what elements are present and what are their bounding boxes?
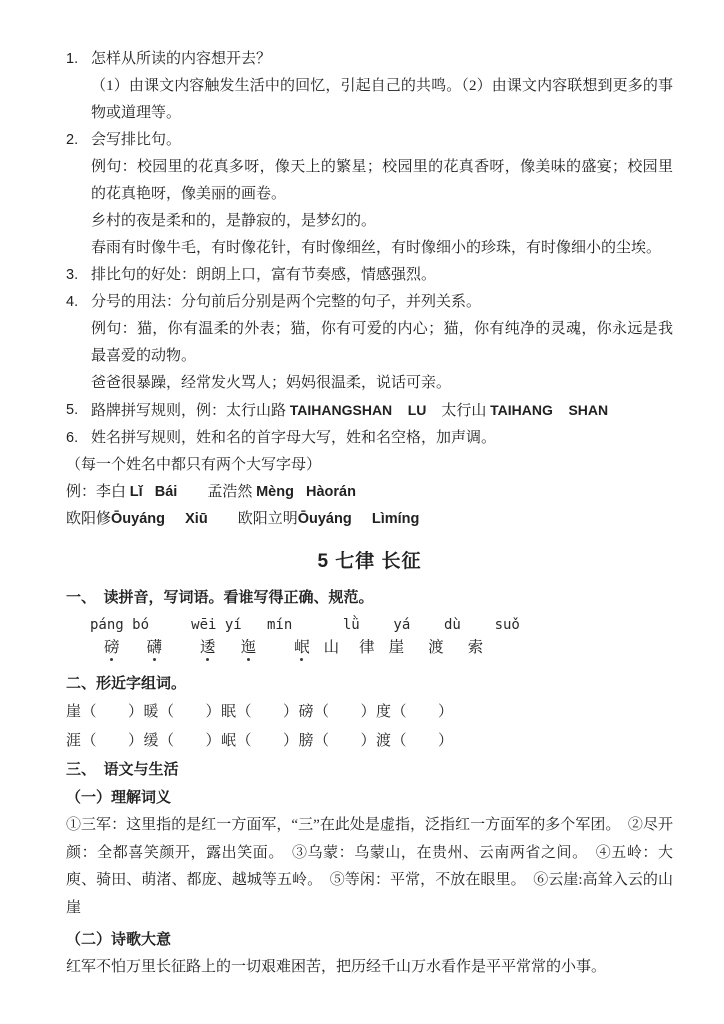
list-item-body-line: （1）由课文内容触发生活中的回忆，引起自己的共鸣。（2）由课文内容联想到更多的事… — [91, 73, 673, 127]
fill-blank-row: 崖（ ）暖（ ）眠（ ）磅（ ）度（ ） — [66, 698, 673, 727]
list-item-body-line: 春雨有时像牛毛，有时像花针，有时像细丝，有时像细小的珍珠，有时像细小的尘埃。 — [91, 235, 673, 262]
vocabulary-characters-row: 磅礴逶迤岷山律崖渡索 — [66, 638, 673, 668]
section-heading-1: 一、 读拼音，写词语。看谁写得正确、规范。 — [66, 584, 673, 612]
emphasis-dot — [206, 658, 209, 661]
list-item: 5. 路牌拼写规则，例：太行山路 TAIHANGSHAN LU 太行山 TAIH… — [66, 397, 673, 425]
list-item-body-line: 例句：校园里的花真多呀，像天上的繁星；校园里的花真香呀，像美味的盛宴；校园里的花… — [91, 154, 673, 208]
vocab-character: 山 — [324, 638, 340, 661]
vocab-character-dotted: 逶 — [200, 638, 216, 661]
list-item-number: 3. — [66, 262, 78, 289]
list-item-title: 路牌拼写规则，例：太行山路 TAIHANGSHAN LU 太行山 TAIHANG… — [91, 397, 673, 425]
vocab-character: 渡 — [428, 638, 444, 661]
list-item-number: 1. — [66, 46, 78, 73]
emphasis-dot — [247, 658, 250, 661]
review-notes-list: 1. 怎样从所读的内容想开去？ （1）由课文内容触发生活中的回忆，引起自己的共鸣… — [66, 46, 673, 452]
vocab-character-dotted: 迤 — [241, 638, 257, 661]
lesson-title: 5 七律 长征 — [66, 546, 673, 573]
name-example-cjk: 欧阳立明 — [208, 511, 298, 527]
name-example-row: 例：李白 Lǐ Bái 孟浩然 Mèng Hàorán — [66, 479, 673, 506]
list-item-number: 4. — [66, 289, 78, 316]
fill-blank-row: 涯（ ）缓（ ）岷（ ）膀（ ）渡（ ） — [66, 727, 673, 756]
list-item-title: 会写排比句。 — [91, 127, 673, 154]
section-heading-2: 二、形近字组词。 — [66, 670, 673, 698]
vocab-character-dotted: 磅 — [104, 638, 120, 661]
road-sign-pinyin: TAIHANGSHAN LU — [290, 402, 427, 418]
list-item-title: 排比句的好处：朗朗上口，富有节奏感，情感强烈。 — [91, 262, 673, 289]
vocab-character-dotted: 岷 — [294, 638, 310, 661]
name-example-cjk: 例：李白 — [66, 484, 130, 500]
section-heading-3: 三、 语文与生活 — [66, 756, 673, 784]
list-item-number: 5. — [66, 397, 78, 424]
list-item: 2. 会写排比句。 例句：校园里的花真多呀，像天上的繁星；校园里的花真香呀，像美… — [66, 127, 673, 262]
vocab-character-dotted: 礴 — [147, 638, 163, 661]
list-item-body-line: 爸爸很暴躁，经常发火骂人；妈妈很温柔，说话可亲。 — [91, 370, 673, 397]
worksheet-page: 1. 怎样从所读的内容想开去？ （1）由课文内容触发生活中的回忆，引起自己的共鸣… — [0, 0, 724, 1024]
vocab-character: 崖 — [389, 638, 405, 661]
word-meanings-paragraph: ①三军：这里指的是红一方面军，“三”在此处是虚指，泛指红一方面军的多个军团。 ②… — [66, 812, 673, 922]
name-example-cjk: 孟浩然 — [177, 484, 256, 500]
pinyin-prompt-row: páng bó wēi yí mín lǜ yá dù suǒ — [66, 612, 673, 638]
emphasis-dot — [300, 658, 303, 661]
name-example-pinyin: Ōuyáng Xiū — [111, 511, 208, 527]
poem-meaning-paragraph: 红军不怕万里长征路上的一切艰难困苦，把历经千山万水看作是平平常常的小事。 — [66, 954, 673, 982]
list-item: 1. 怎样从所读的内容想开去？ （1）由课文内容触发生活中的回忆，引起自己的共鸣… — [66, 46, 673, 127]
road-sign-rule-text: 路牌拼写规则，例：太行山路 — [91, 403, 290, 419]
road-sign-pinyin: TAIHANG SHAN — [490, 402, 608, 418]
list-item-title: 怎样从所读的内容想开去？ — [91, 46, 673, 73]
list-item: 6. 姓名拼写规则，姓和名的首字母大写，姓和名空格，加声调。 — [66, 425, 673, 452]
subsection-heading-2: （二）诗歌大意 — [66, 926, 673, 954]
list-item-body-line: 乡村的夜是柔和的，是静寂的，是梦幻的。 — [91, 208, 673, 235]
name-example-pinyin: Lǐ Bái — [130, 484, 178, 500]
list-item: 3. 排比句的好处：朗朗上口，富有节奏感，情感强烈。 — [66, 262, 673, 289]
name-example-cjk: 欧阳修 — [66, 511, 111, 527]
list-item: 4. 分号的用法：分句前后分别是两个完整的句子，并列关系。 例句：猫，你有温柔的… — [66, 289, 673, 397]
subsection-heading-1: （一）理解词义 — [66, 784, 673, 812]
name-rule-note: （每一个姓名中都只有两个大写字母） — [66, 452, 673, 479]
vocab-character: 律 — [359, 638, 375, 661]
name-example-pinyin: Mèng Hàorán — [256, 484, 356, 500]
list-item-title: 姓名拼写规则，姓和名的首字母大写，姓和名空格，加声调。 — [91, 425, 673, 452]
list-item-number: 6. — [66, 425, 78, 452]
list-item-number: 2. — [66, 127, 78, 154]
emphasis-dot — [153, 658, 156, 661]
name-example-row: 欧阳修Ōuyáng Xiū 欧阳立明Ōuyáng Lìmíng — [66, 506, 673, 533]
name-example-pinyin: Ōuyáng Lìmíng — [298, 511, 420, 527]
list-item-title: 分号的用法：分句前后分别是两个完整的句子，并列关系。 — [91, 289, 673, 316]
emphasis-dot — [110, 658, 113, 661]
road-sign-rule-text: 太行山 — [426, 403, 490, 419]
list-item-body-line: 例句：猫，你有温柔的外表；猫，你有可爱的内心；猫，你有纯净的灵魂，你永远是我最喜… — [91, 316, 673, 370]
vocab-character: 索 — [468, 638, 484, 661]
